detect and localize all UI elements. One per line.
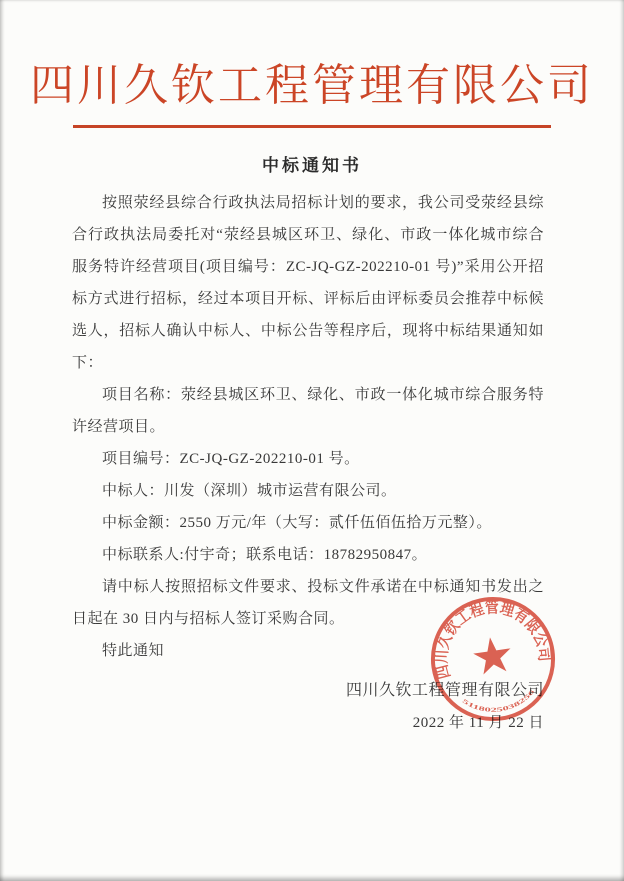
- seal-star-icon: [471, 635, 513, 676]
- seal-company-text: 四川久钦工程管理有限公司: [427, 593, 556, 681]
- company-seal-stamp: 四川久钦工程管理有限公司 5118025038256: [427, 593, 559, 725]
- document-page: 四川久钦工程管理有限公司 中标通知书 按照荥经县综合行政执法局招标计划的要求，我…: [0, 0, 624, 881]
- paragraph-project-number: 项目编号：ZC-JQ-GZ-202210-01 号。: [72, 443, 544, 475]
- paragraph-contact: 中标联系人:付宇奇；联系电话：18782950847。: [72, 539, 544, 571]
- letterhead-company-name: 四川久钦工程管理有限公司: [0, 0, 624, 112]
- paragraph-bid-amount: 中标金额：2550 万元/年（大写：贰仟伍佰伍拾万元整）。: [72, 507, 544, 539]
- paragraph-project-name: 项目名称：荥经县城区环卫、绿化、市政一体化城市综合服务特许经营项目。: [72, 379, 544, 443]
- letterhead-rule: [73, 125, 551, 128]
- document-title: 中标通知书: [0, 156, 624, 176]
- paragraph-winning-bidder: 中标人：川发（深圳）城市运营有限公司。: [72, 475, 544, 507]
- paragraph-intro: 按照荥经县综合行政执法局招标计划的要求，我公司受荥经县综合行政执法局委托对“荥经…: [72, 187, 544, 379]
